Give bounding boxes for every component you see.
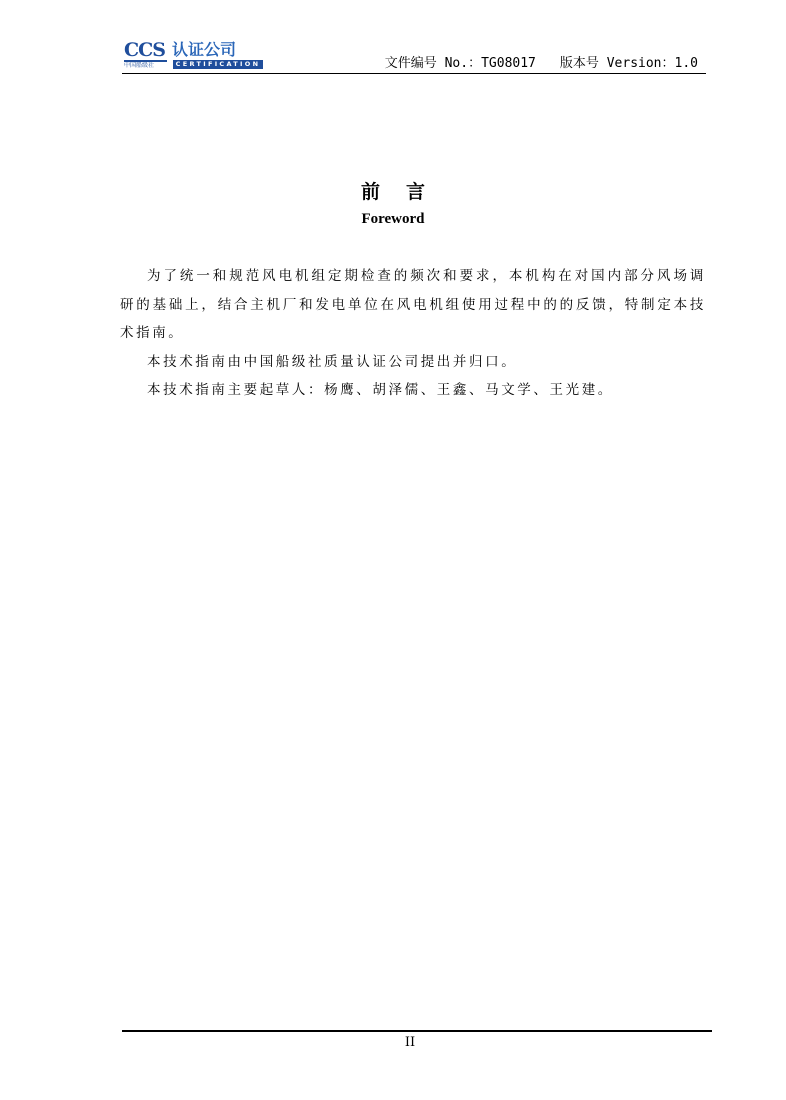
logo-subtitle-en: CERTIFICATION	[173, 60, 263, 69]
paragraph-proposer: 本技术指南由中国船级社质量认证公司提出并归口。	[120, 348, 706, 377]
logo-name-cn: 认证公司	[172, 40, 236, 60]
version-number: 1.0	[675, 56, 698, 71]
doc-number: TG08017	[481, 56, 536, 71]
page-header: CCS 认证公司 中国船级社 CERTIFICATION 文件编号 No.：TG…	[122, 36, 706, 76]
page-subtitle: Foreword	[0, 211, 786, 228]
foreword-body: 为了统一和规范风电机组定期检查的频次和要求，本机构在对国内部分风场调研的基础上，…	[120, 262, 706, 405]
paragraph-purpose: 为了统一和规范风电机组定期检查的频次和要求，本机构在对国内部分风场调研的基础上，…	[120, 262, 706, 348]
doc-number-label: 文件编号 No.：	[385, 56, 481, 71]
paragraph-drafters: 本技术指南主要起草人：杨鹰、胡泽儒、王鑫、马文学、王光建。	[120, 376, 706, 405]
logo-brand: CCS	[124, 40, 165, 60]
page-title: 前言	[0, 177, 786, 204]
header-divider	[122, 73, 706, 74]
footer-divider	[122, 1030, 712, 1032]
page-number: II	[0, 1035, 786, 1050]
document-meta: 文件编号 No.：TG08017版本号 Version：1.0	[385, 52, 698, 71]
logo-subtitle-cn: 中国船级社	[124, 60, 167, 71]
ccs-logo: CCS 认证公司 中国船级社 CERTIFICATION	[122, 40, 267, 70]
version-label: 版本号 Version：	[560, 56, 675, 71]
